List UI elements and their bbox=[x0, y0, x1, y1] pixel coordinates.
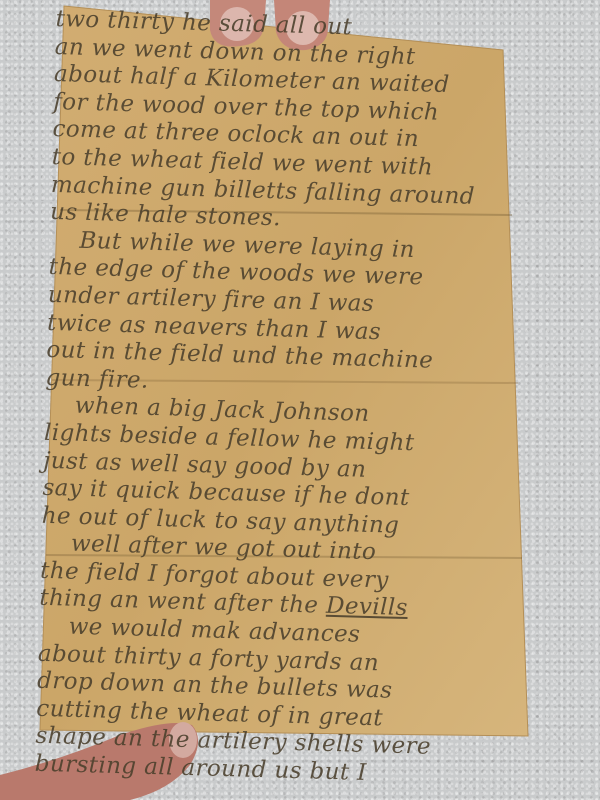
underlined-word: Devills bbox=[326, 593, 408, 621]
letter-text: two thirty he said all out an we went do… bbox=[34, 6, 535, 792]
